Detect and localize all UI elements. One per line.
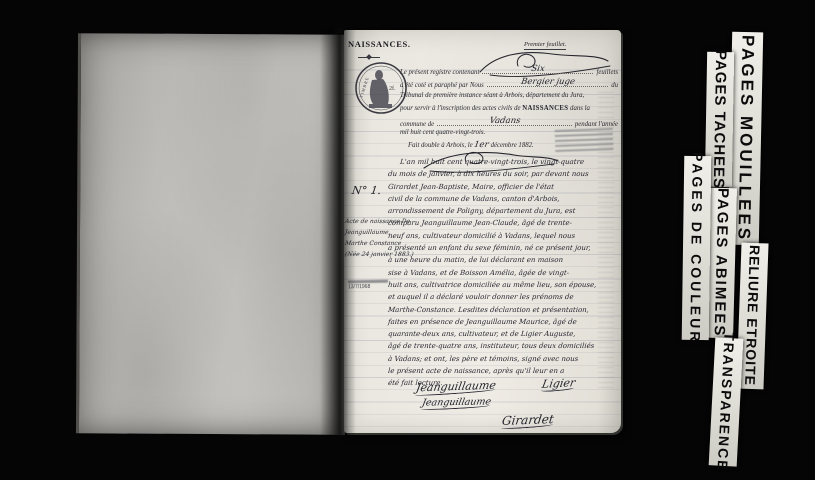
handwritten-count: Six: [530, 64, 545, 74]
act-line: âgé de trente-quatre ans, instituteur, t…: [387, 340, 621, 352]
printed-text: a été coté et paraphé par Nous: [400, 82, 484, 89]
printed-text: commune de: [400, 121, 434, 128]
act-line: Girardet Jean-Baptiste, Maire, officier …: [387, 181, 621, 193]
blank-rule: Bergier juge: [487, 79, 608, 87]
register-page: NAISSANCES. 2f. TIMBRE Premier feuillet.…: [344, 30, 621, 433]
preamble-line-4: pour servir à l'inscription des actes ci…: [400, 105, 618, 112]
act-line: du mois de janvier, à dix heures du soir…: [387, 168, 621, 180]
act-line: civil de la commune de Vadans, canton d'…: [387, 193, 621, 205]
act-line: sise à Vadans, et de Boisson Amélia, âgé…: [387, 267, 621, 279]
preamble-line-2: a été coté et paraphé par Nous Bergier j…: [400, 79, 618, 89]
blank-rule: Vadans: [437, 118, 572, 126]
signature-witness-2: Ligier: [541, 376, 577, 392]
act-line: à Vadans; et ont, les père et témoins, s…: [387, 353, 621, 365]
act-line: huit ans, cultivatrice domiciliée au mêm…: [387, 279, 621, 291]
blank-rule: Six: [482, 66, 593, 74]
margin-child-surname: Jeanguillaume,: [345, 229, 391, 236]
act-line: arrondissement de Poligny, département d…: [387, 205, 621, 217]
printed-text: Tribunal de première instance séant à Ar…: [400, 92, 584, 99]
signature-witness-1: Jeanguillaume: [421, 396, 492, 409]
act-number: N° 1.: [351, 184, 382, 197]
act-line: et auquel il a déclaré vouloir donner le…: [387, 291, 621, 303]
act-line: neuf ans, cultivateur domicilié à Vadans…: [387, 230, 621, 242]
printed-text: dans la: [570, 105, 590, 112]
printed-text: pour servir à l'inscription des actes ci…: [400, 105, 521, 112]
stamp-value: 2f.: [389, 85, 396, 92]
preamble-line-3: Tribunal de première instance séant à Ar…: [400, 92, 618, 99]
signature-father: Jeanguillaume: [415, 379, 497, 396]
handwritten-judge-name: Bergier juge: [520, 77, 576, 87]
act-line: Marthe-Constance. Lesdites déclaration e…: [387, 304, 621, 316]
act-line: à une heure du matin, de lui déclarant e…: [387, 254, 621, 266]
printed-text: Le présent registre contenant: [400, 69, 479, 76]
act-line: le présent acte de naissance, après qu'i…: [387, 365, 621, 377]
act-line: comparu Jeanguillaume Jean-Claude, âgé d…: [387, 217, 621, 229]
printed-text: feuillets: [596, 69, 618, 76]
left-blank-page: [76, 33, 347, 434]
printed-text: du: [611, 82, 618, 89]
preamble-line-1: Le présent registre contenant Six feuill…: [400, 66, 618, 76]
act-line: L'an mil huit cent quatre-vingt-trois, l…: [387, 156, 621, 168]
printed-text: mil huit cent quatre-vingt-trois.: [400, 129, 485, 136]
stamp-label: TIMBRE: [358, 76, 370, 98]
archive-photo: NAISSANCES. 2f. TIMBRE Premier feuillet.…: [0, 0, 815, 480]
mention-date: 13/7/1968: [348, 283, 388, 290]
birth-act-text: L'an mil huit cent quatre-vingt-trois, l…: [388, 156, 621, 390]
handwritten-commune: Vadans: [488, 116, 521, 126]
condition-label-pages-de-couleur: PAGES DE COULEUR: [682, 156, 712, 340]
archive-stamp: [553, 125, 616, 155]
printed-naissances: NAISSANCES: [522, 105, 568, 112]
signature-mayor: Girardet: [501, 412, 555, 429]
act-line: a présenté un enfant du sexe féminin, né…: [387, 242, 621, 254]
ornament-divider: [358, 55, 380, 59]
page-heading: NAISSANCES.: [348, 39, 411, 49]
condition-label-transparence: TRANSPARENCE: [709, 337, 744, 466]
act-line: faites en présence de Jeanguillaume Maur…: [387, 316, 621, 328]
marginal-mention-stamp: 13/7/1968: [348, 280, 388, 290]
act-line: quarante-deux ans, cultivateur, et de Li…: [387, 328, 621, 340]
